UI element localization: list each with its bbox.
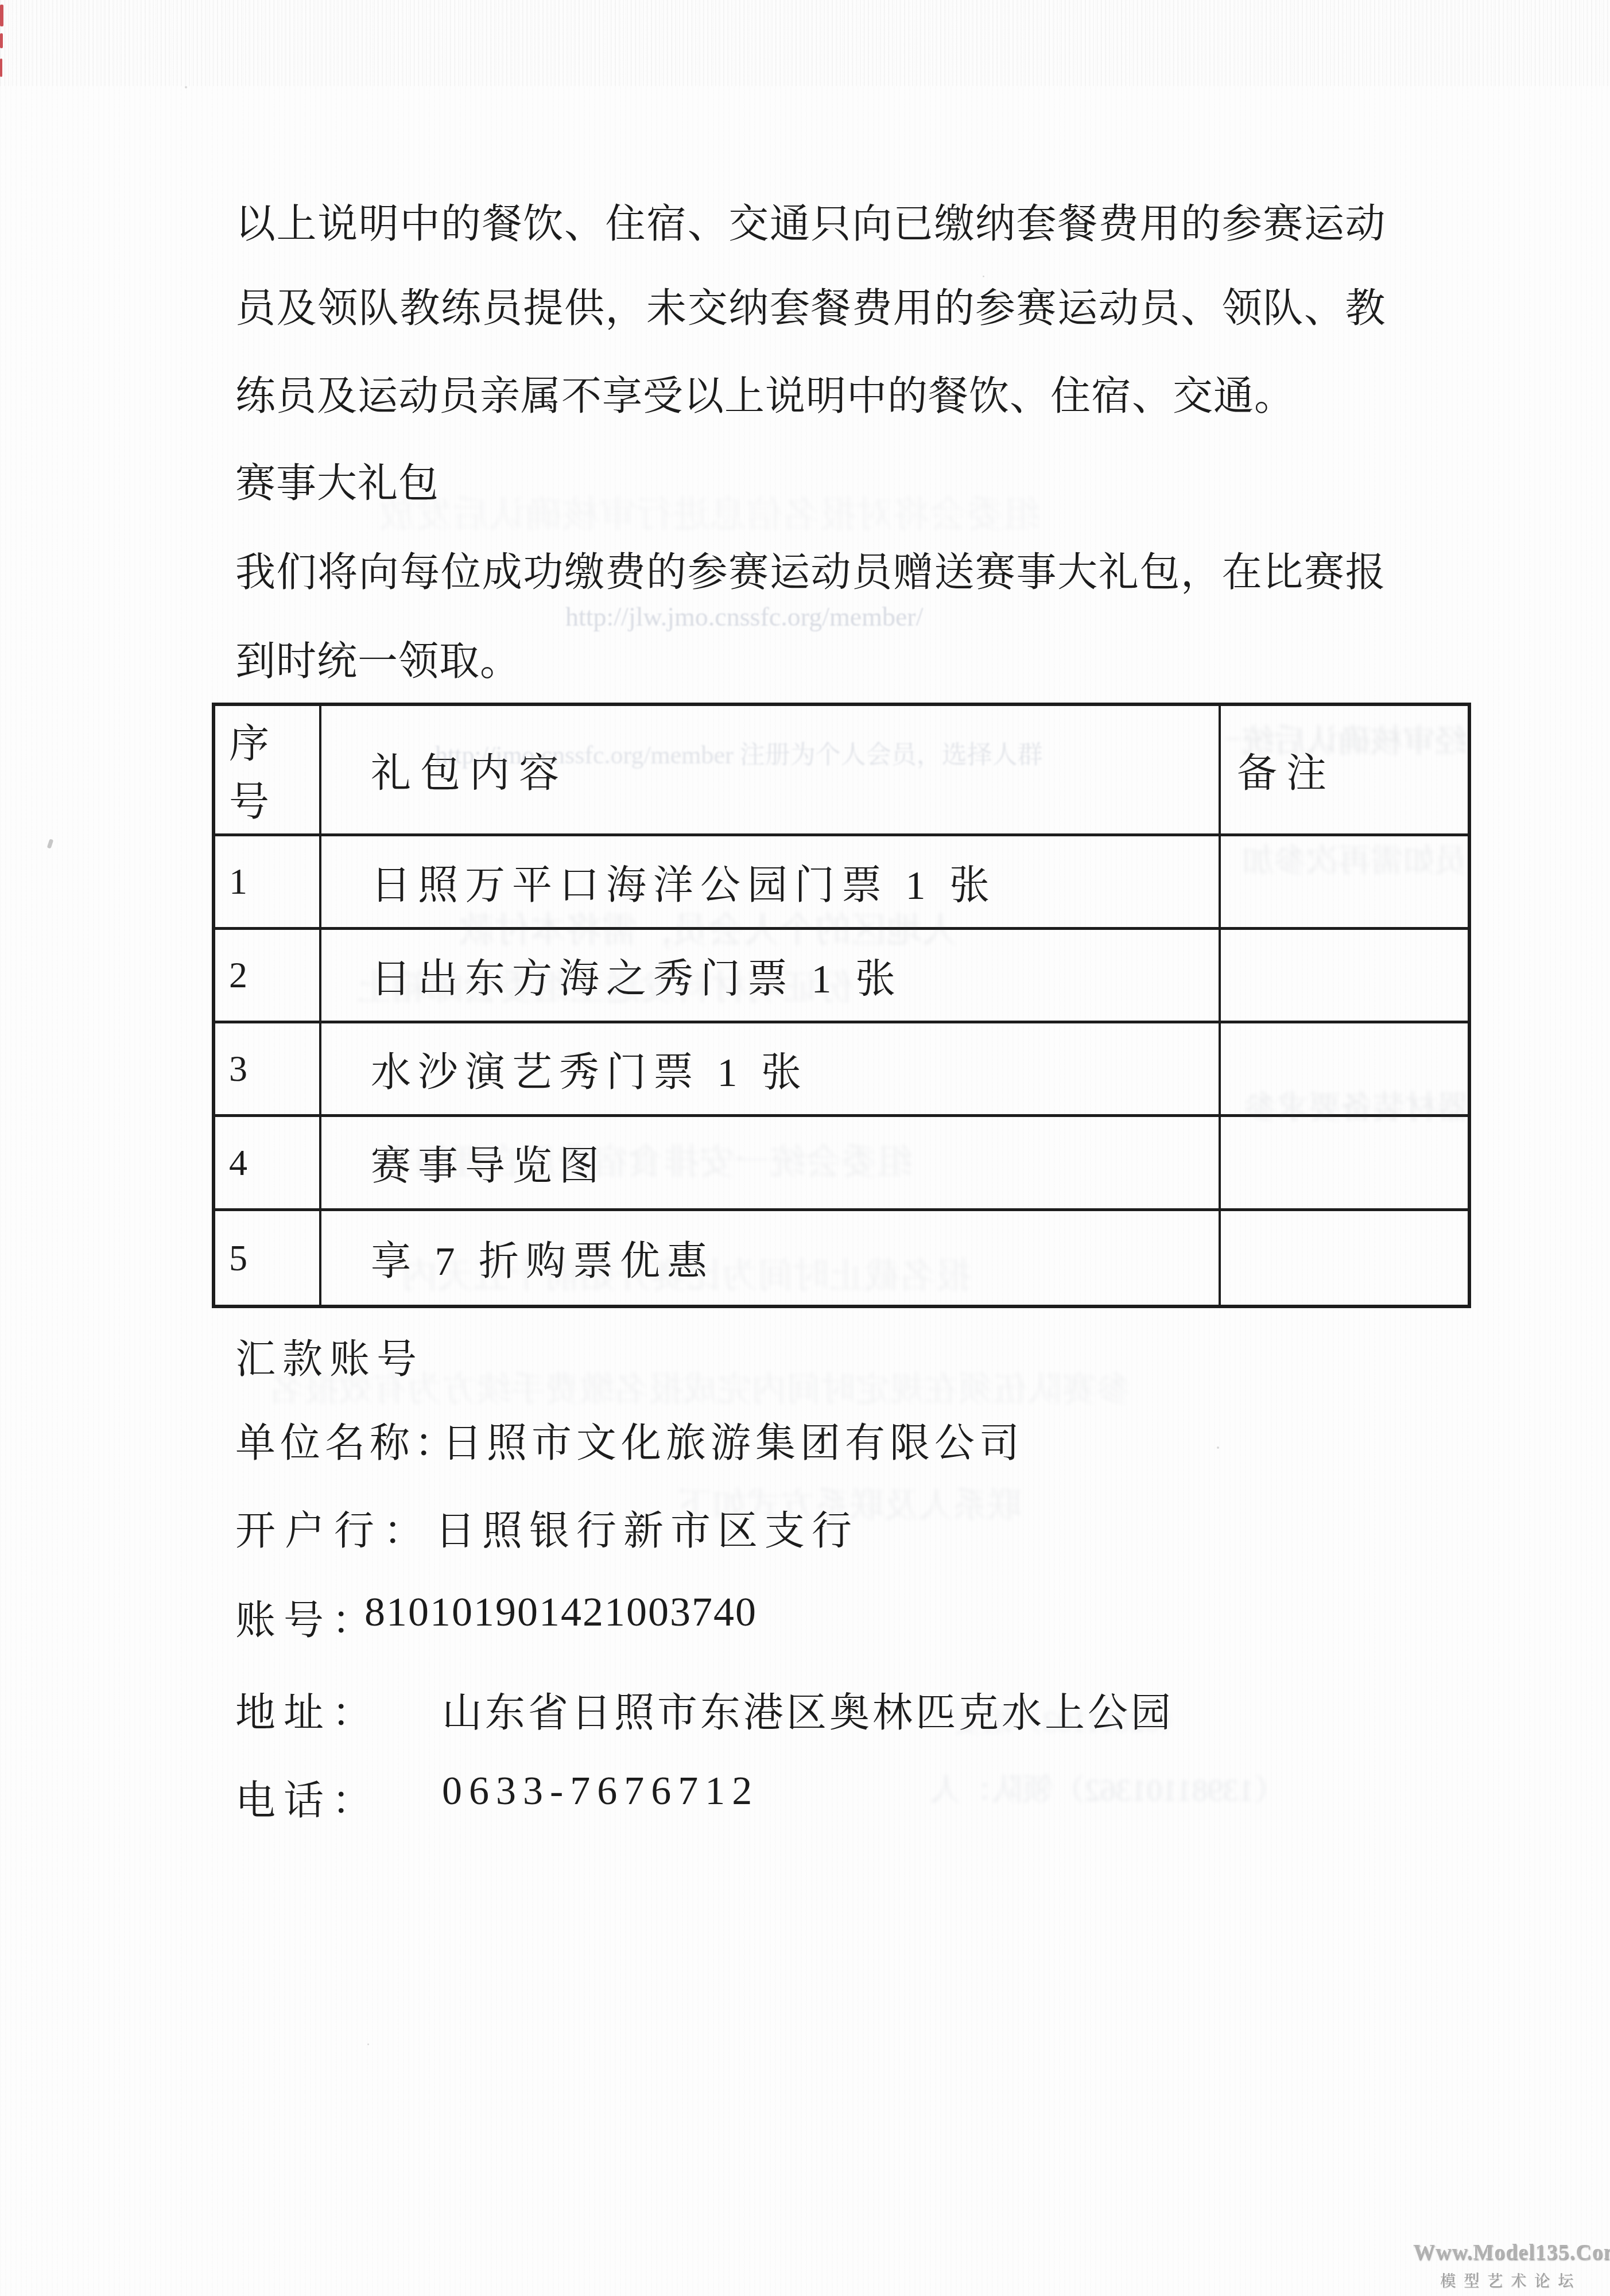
field-value: 810101901421003740 bbox=[364, 1588, 757, 1636]
scan-speck bbox=[185, 86, 187, 88]
row-no-cell: 1 bbox=[215, 836, 321, 930]
row-content-cell: 日出东方海之秀门票 1 张 bbox=[321, 930, 1221, 1023]
remittance-title: 汇款账号 bbox=[235, 1327, 424, 1385]
row-content-cell-text: 日出东方海之秀门票 1 张 bbox=[371, 947, 902, 1004]
row-no-cell-text: 2 bbox=[229, 954, 247, 996]
section-heading: 赛事大礼包 bbox=[235, 463, 439, 506]
field-value: 山东省日照市东港区奥林匹克水上公园 bbox=[442, 1681, 1174, 1739]
bleedthrough-text: （13981101362）领队：人 bbox=[930, 1774, 1285, 1808]
row-no-cell-text: 4 bbox=[229, 1142, 247, 1184]
row-no-cell: 5 bbox=[215, 1211, 321, 1305]
header-cell-no: 序号 bbox=[215, 706, 321, 836]
row-note-cell bbox=[1221, 836, 1468, 930]
header-cell-note: 备注 bbox=[1221, 706, 1468, 836]
row-content-cell: 享 7 折购票优惠 bbox=[321, 1211, 1221, 1305]
row-no-cell: 2 bbox=[215, 930, 321, 1023]
paragraph-line: 以上说明中的餐饮、住宿、交通只向已缴纳套餐费用的参赛运动 bbox=[235, 204, 1386, 246]
site-watermark: Www.Model135.Com 模型艺术论坛 bbox=[1413, 2240, 1608, 2291]
row-note-cell bbox=[1221, 1211, 1468, 1305]
paragraph-line: 练员及运动员亲属不享受以上说明中的餐饮、住宿、交通。 bbox=[235, 376, 1295, 418]
header-cell-content: 礼包内容 bbox=[321, 706, 1221, 836]
row-note-cell bbox=[1221, 930, 1468, 1023]
gift-package-table: 序号 礼包内容 备注 1日照万平口海洋公园门票 1 张2日出东方海之秀门票 1 … bbox=[212, 703, 1471, 1308]
scanned-document-page: 以上说明中的餐饮、住宿、交通只向已缴纳套餐费用的参赛运动 员及领队教练员提供，未… bbox=[0, 0, 1610, 2296]
field-label: 开户行： bbox=[235, 1499, 433, 1557]
row-note-cell bbox=[1221, 1117, 1468, 1211]
watermark-forum-label: 模型艺术论坛 bbox=[1413, 2268, 1608, 2291]
paragraph-line: 我们将向每位成功缴费的参赛运动员赠送赛事大礼包，在比赛报 bbox=[235, 552, 1386, 595]
pen-speck bbox=[47, 839, 54, 848]
scanner-red-artifact bbox=[0, 33, 3, 48]
row-no-cell: 3 bbox=[215, 1023, 321, 1117]
scanner-red-artifact bbox=[0, 59, 2, 77]
row-content-cell-text: 享 7 折购票优惠 bbox=[371, 1229, 714, 1287]
row-content-cell-text: 水沙演艺秀门票 1 张 bbox=[371, 1040, 808, 1098]
field-label: 地址： bbox=[235, 1681, 380, 1739]
watermark-url: Www.Model135.Com bbox=[1413, 2240, 1608, 2265]
row-content-cell-text: 日照万平口海洋公园门票 1 张 bbox=[371, 853, 996, 911]
paragraph-line: 员及领队教练员提供，未交纳套餐费用的参赛运动员、领队、教 bbox=[235, 288, 1386, 331]
row-content-cell: 赛事导览图 bbox=[321, 1117, 1221, 1211]
field-label: 单位名称： bbox=[235, 1411, 459, 1469]
row-no-cell: 4 bbox=[215, 1117, 321, 1211]
field-value: 日照银行新市区支行 bbox=[435, 1499, 859, 1557]
scan-speck bbox=[983, 276, 984, 277]
row-content-cell: 日照万平口海洋公园门票 1 张 bbox=[321, 836, 1221, 930]
field-value: 日照市文化旅游集团有限公司 bbox=[442, 1411, 1024, 1469]
row-no-cell-text: 5 bbox=[229, 1237, 247, 1279]
scanner-red-artifact bbox=[0, 5, 3, 26]
field-value: 0633-7676712 bbox=[442, 1768, 759, 1814]
paragraph-line: 到时统一领取。 bbox=[235, 641, 521, 684]
row-no-cell-text: 1 bbox=[229, 860, 247, 903]
scan-streak-texture-top bbox=[0, 0, 1610, 86]
bleedthrough-text: 组委会将对报名信息进行审核确认后发放 bbox=[379, 495, 1040, 535]
field-label: 账号： bbox=[235, 1588, 380, 1646]
scan-speck bbox=[1217, 1446, 1219, 1449]
field-label: 电话： bbox=[235, 1768, 380, 1826]
scan-speck bbox=[367, 2043, 369, 2045]
row-content-cell: 水沙演艺秀门票 1 张 bbox=[321, 1023, 1221, 1117]
row-content-cell-text: 赛事导览图 bbox=[371, 1134, 606, 1192]
row-no-cell-text: 3 bbox=[229, 1048, 247, 1090]
bleedthrough-text: http://jlw.jmo.cnssfc.org/member/ bbox=[565, 603, 923, 632]
row-note-cell bbox=[1221, 1023, 1468, 1117]
